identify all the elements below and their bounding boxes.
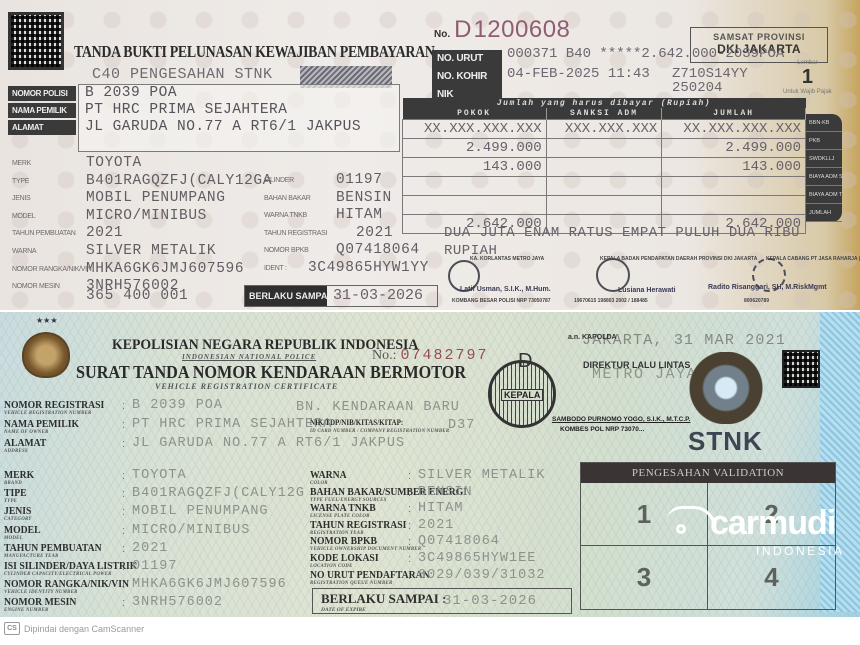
label-alamat: ALAMAT <box>8 120 76 135</box>
field-label: JENISCATEGORY <box>4 506 32 522</box>
field-value: 2021 <box>418 518 454 533</box>
owner-address: JL GARUDA NO.77 A RT6/1 JAKPUS <box>85 119 361 135</box>
colon: : <box>122 525 125 537</box>
colon: : <box>122 579 125 591</box>
field-value: 2021 <box>356 225 393 241</box>
payment-row-label: BBN-KB <box>806 114 842 132</box>
field-value: 3C49865HYW1YY <box>308 260 429 276</box>
field-label: NOMOR BPKB <box>264 247 308 254</box>
colon: : <box>122 561 125 573</box>
colon: : <box>408 503 411 515</box>
field-value: 0029/039/31032 <box>418 568 545 583</box>
field-label: NO URUT PENDAFTARANREGISTRATION QUEUE NU… <box>310 570 430 586</box>
field-value: 2021 <box>132 541 168 556</box>
payment-row <box>403 195 806 214</box>
field-value: B 2039 POA <box>132 398 223 413</box>
field-label: WARNA <box>12 248 36 255</box>
signature-3-name: Radito Risanggari, SH, M.RiskMgmt <box>708 284 827 291</box>
field-value: HITAM <box>336 207 383 223</box>
field-value: SILVER METALIK <box>86 243 216 259</box>
field-label: NOMOR RANGKA/NIK/VIN <box>12 266 92 273</box>
field-value: MOBIL PENUMPANG <box>86 190 226 206</box>
field-value: Q07418064 <box>336 242 420 258</box>
cell-sanksi <box>546 138 662 157</box>
colon: : <box>408 487 411 499</box>
cell-sanksi: XXX.XXX.XXX <box>546 119 662 138</box>
stars-icon: ★★★ <box>36 316 58 325</box>
no-urut-value: 000371 B40 *****2.642.000-2039POA <box>507 46 784 62</box>
field-label: NOMOR RANGKA/NIK/VINVEHICLE IDENTITY NUM… <box>4 579 129 595</box>
valid-until-label: BERLAKU SAMPAI <box>245 286 327 306</box>
field-label: BAHAN BAKAR <box>264 195 311 202</box>
field-label: KODE LOKASILOCATION CODE <box>310 553 379 569</box>
payment-caption: Jumlah yang harus dibayar (Rupiah) <box>403 98 806 108</box>
colon: : <box>122 400 125 412</box>
document-number: No.D1200608 <box>434 16 570 44</box>
payment-row-label: BIAYA ADM TNKB <box>806 186 842 204</box>
field-label-en: CATEGORY <box>4 516 32 522</box>
official-stamp-icon: KEPALA <box>488 360 556 428</box>
signer-rank: KOMBES POL NRP 73070... <box>560 426 644 433</box>
signer-name: SAMBODO PURNOMO YOGO, S.I.K., M.T.C.P. <box>552 416 690 423</box>
colon: : <box>408 536 411 548</box>
stnk-valid-until-box: BERLAKU SAMPAI :DATE OF EXPIRE 31-03-202… <box>312 588 572 614</box>
stnk-certificate: ★★★ KEPOLISIAN NEGARA REPUBLIK INDONESIA… <box>0 312 860 617</box>
camscanner-icon: CS <box>4 622 20 635</box>
colon: : <box>408 553 411 565</box>
cell-jumlah <box>662 195 806 214</box>
payment-row-labels: BBN-KBPKBSWDKLLJBIAYA ADM STNKBIAYA ADM … <box>806 114 842 222</box>
field-value: MICRO/MINIBUS <box>132 523 250 538</box>
field-value: 01197 <box>132 559 178 574</box>
field-label: MODELMODEL <box>4 525 41 541</box>
payment-row: XX.XXX.XXX.XXXXXX.XXX.XXXXX.XXX.XXX.XXX <box>403 119 806 138</box>
validation-header: PENGESAHAN VALIDATION <box>581 463 835 483</box>
hologram-emblem-icon <box>686 352 766 424</box>
field-value: JL GARUDA NO.77 A RT6/1 JAKPUS <box>132 436 405 451</box>
field-value: SILVER METALIK <box>418 468 545 483</box>
cell-pokok <box>403 176 547 195</box>
colon: : <box>122 506 125 518</box>
col-jumlah: JUMLAH <box>662 108 806 119</box>
field-value: 3NRH576002 <box>132 595 223 610</box>
cell-pokok: 2.499.000 <box>403 138 547 157</box>
field-label: WARNACOLOR <box>310 470 347 486</box>
colon: : <box>122 438 125 450</box>
col-pokok: POKOK <box>403 108 547 119</box>
field-label: SILINDER <box>264 177 294 184</box>
field-value: BENSIN <box>336 190 392 206</box>
owner-box: B 2039 POA PT HRC PRIMA SEJAHTERA JL GAR… <box>78 84 400 152</box>
colon: : <box>122 543 125 555</box>
payment-row-label: BIAYA ADM STNK <box>806 168 842 186</box>
colon: : <box>122 597 125 609</box>
plate-number: B 2039 POA <box>85 85 177 101</box>
payment-table: Jumlah yang harus dibayar (Rupiah) POKOK… <box>402 98 806 234</box>
cell-pokok <box>403 195 547 214</box>
wheel-icon <box>676 524 686 534</box>
field-value: 01197 <box>336 172 383 188</box>
field-value: B401RAGQZFJ(CALY12G <box>132 486 305 501</box>
region: METRO JAYA <box>592 366 697 383</box>
field-label: TAHUN PEMBUATAN <box>12 230 76 237</box>
field-value: 2021 <box>86 225 123 241</box>
certificate-number: No.:07482797 <box>372 346 489 364</box>
field-label: NOMOR MESINENGINE NUMBER <box>4 597 76 613</box>
validation-cell-3: 3 <box>581 546 708 609</box>
field-label: NOMOR REGISTRASIVEHICLE REGISTRATION NUM… <box>4 400 104 416</box>
receipt-subtitle: C40 PENGESAHAN STNK <box>92 66 273 83</box>
cell-jumlah: 143.000 <box>662 157 806 176</box>
scanner-credit: Dipindai dengan CamScanner <box>24 624 144 634</box>
valid-until-box: BERLAKU SAMPAI 31-03-2026 <box>244 285 438 307</box>
field-label: IDENT : <box>264 265 287 272</box>
field-label: TIPETYPE <box>4 488 27 504</box>
colon: : <box>408 520 411 532</box>
scanner-footer: CS Dipindai dengan CamScanner <box>4 622 144 635</box>
field-label: TAHUN REGISTRASIREGISTRATION YEAR <box>310 520 406 536</box>
payment-receipt: TANDA BUKTI PELUNASAN KEWAJIBAN PEMBAYAR… <box>0 0 860 310</box>
cell-jumlah <box>662 176 806 195</box>
cell-pokok: 143.000 <box>403 157 547 176</box>
payment-row-label: SWDKLLJ <box>806 150 842 168</box>
nik-code: 250204 <box>672 80 722 96</box>
field-label: MERK <box>12 160 31 167</box>
field-label: WARNA TNKBLICENSE PLATE COLOR <box>310 503 376 519</box>
field-value: B401RAGQZFJ(CALY12GA <box>86 173 272 189</box>
field-label: MODEL <box>12 213 35 220</box>
valid-until-value: 31-03-2026 <box>333 287 423 304</box>
nik-label: NIK/TDP/NIB/KITAS/KITAP: ID CARD NUMBER … <box>310 418 449 434</box>
polri-emblem-icon <box>22 332 70 378</box>
field-label: ALAMATADDRESS <box>4 438 46 454</box>
no-kohir-value: 04-FEB-2025 11:43 <box>507 66 650 82</box>
colon: : <box>408 470 411 482</box>
copy-marker: Lembar 1 Untuk Wajib Pajak <box>783 60 832 95</box>
qr-code-icon <box>782 350 820 388</box>
field-label: TAHUN PEMBUATANMANUFACTURE YEAR <box>4 543 102 559</box>
bbn-note: BN. KENDARAAN BARU <box>296 400 460 415</box>
field-value: MHKA6GK6JMJ607596 <box>132 577 287 592</box>
cell-jumlah: 2.499.000 <box>662 138 806 157</box>
signature-1-name: Latif Usman, S.I.K., M.Hum. <box>460 286 551 293</box>
field-value: MOBIL PENUMPANG <box>132 504 269 519</box>
field-label: NAMA PEMILIKNAME OF OWNER <box>4 419 79 435</box>
certificate-title: SURAT TANDA NOMOR KENDARAAN BERMOTOR <box>76 362 466 383</box>
field-label: NOMOR MESIN <box>12 283 60 290</box>
colon: : <box>122 470 125 482</box>
field-label: WARNA TNKB <box>264 212 307 219</box>
payment-row-label: PKB <box>806 132 842 150</box>
stnk-valid-until-value: 31-03-2026 <box>443 593 537 609</box>
payment-row: 2.499.0002.499.000 <box>403 138 806 157</box>
field-label: JENIS <box>12 195 30 202</box>
field-value: MICRO/MINIBUS <box>86 208 207 224</box>
qr-code-icon <box>8 12 64 70</box>
owner-name: PT HRC PRIMA SEJAHTERA <box>85 102 287 118</box>
field-value: BENSIN <box>418 485 473 500</box>
field-label: NOMOR BPKBVEHICLE OWNERSHIP DOCUMENT NUM… <box>310 536 421 552</box>
on-behalf: a.n. KAPOLDA <box>568 334 617 341</box>
signature-2-name: Lusiana Herawati <box>618 287 676 294</box>
label-nama-pemilik: NAMA PEMILIK <box>8 103 76 118</box>
field-value: PT HRC PRIMA SEJAHTERA <box>132 417 332 432</box>
hologram-label: STNK <box>688 426 763 457</box>
payment-row <box>403 176 806 195</box>
field-value: HITAM <box>418 501 464 516</box>
row-no-urut: NO. URUT <box>432 50 502 68</box>
cell-pokok: XX.XXX.XXX.XXX <box>403 119 547 138</box>
row-no-kohir: NO. KOHIR <box>432 68 502 86</box>
extra-code: 365 400 001 <box>86 288 188 304</box>
cell-sanksi <box>546 195 662 214</box>
field-value: MHKA6GK6JMJ607596 <box>86 261 244 277</box>
receipt-title: TANDA BUKTI PELUNASAN KEWAJIBAN PEMBAYAR… <box>74 42 435 62</box>
field-label-en: VEHICLE REGISTRATION NUMBER <box>4 410 104 416</box>
colon: : <box>408 570 411 582</box>
field-label: ISI SILINDER/DAYA LISTRIKCYLINDER CAPACI… <box>4 561 137 577</box>
field-label: TYPE <box>12 178 29 185</box>
amount-in-words: DUA JUTA ENAM RATUS EMPAT PULUH DUA RIBU… <box>444 224 844 260</box>
field-value: TOYOTA <box>86 155 142 171</box>
field-value: TOYOTA <box>132 468 187 483</box>
payment-row: 143.000143.000 <box>403 157 806 176</box>
field-label: MERKBRAND <box>4 470 34 486</box>
payment-row-label: JUMLAH <box>806 204 842 222</box>
agency-name-en: INDONESIAN NATIONAL POLICE <box>182 353 316 361</box>
field-value: 3C49865HYW1EE <box>418 551 536 566</box>
colon: : <box>122 419 125 431</box>
colon: : <box>122 488 125 500</box>
nik-value: D37 <box>448 418 475 433</box>
field-label: TAHUN REGISTRASI <box>264 230 327 237</box>
cell-sanksi <box>546 157 662 176</box>
certificate-title-en: VEHICLE REGISTRATION CERTIFICATE <box>155 382 338 391</box>
cell-jumlah: XX.XXX.XXX.XXX <box>662 119 806 138</box>
label-nomor-polisi: NOMOR POLISI <box>8 86 76 101</box>
cell-sanksi <box>546 176 662 195</box>
col-sanksi: SANKSI ADM <box>546 108 662 119</box>
field-value: Q07418064 <box>418 534 500 549</box>
